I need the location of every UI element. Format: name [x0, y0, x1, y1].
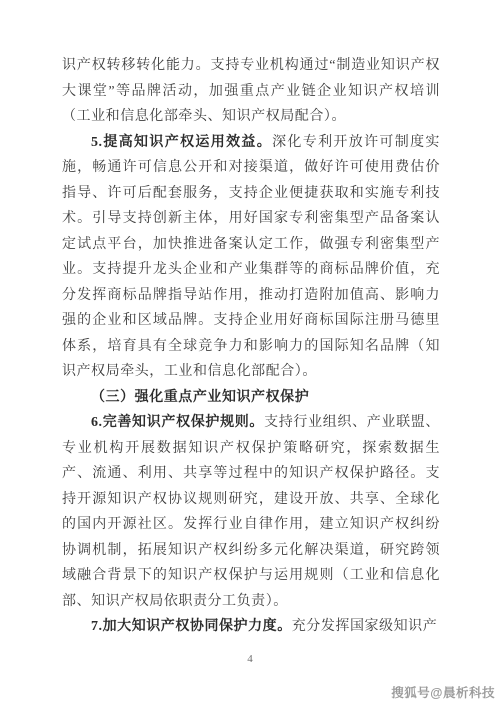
- paragraph-item-5: 5.提高知识产权运用效益。深化专利开放许可制度实施，畅通许可信息公开和对接渠道，…: [62, 130, 440, 385]
- paragraph-text: 支持行业组织、产业联盟、专业机构开展数据知识产权保护策略研究，探索数据生产、流通…: [62, 415, 440, 609]
- section-heading-text: （三）强化重点产业知识产权保护: [91, 390, 309, 405]
- page-number: 4: [0, 653, 500, 665]
- paragraph-item-7: 7.加大知识产权协同保护力度。充分发挥国家级知识产: [62, 614, 440, 640]
- paragraph-lead: 7.加大知识产权协同保护力度。: [91, 619, 292, 634]
- paragraph-text: 识产权转移转化能力。支持专业机构通过“制造业知识产权大课堂”等品牌活动，加强重点…: [62, 58, 440, 124]
- paragraph-item-6: 6.完善知识产权保护规则。支持行业组织、产业联盟、专业机构开展数据知识产权保护策…: [62, 410, 440, 614]
- document-body: 识产权转移转化能力。支持专业机构通过“制造业知识产权大课堂”等品牌活动，加强重点…: [62, 53, 440, 640]
- paragraph-lead: 5.提高知识产权运用效益。: [91, 135, 272, 150]
- paragraph-text: 深化专利开放许可制度实施，畅通许可信息公开和对接渠道，做好许可使用费估价指导、许…: [62, 135, 440, 380]
- paragraph-text: 充分发挥国家级知识产: [292, 619, 438, 634]
- paragraph-lead: 6.完善知识产权保护规则。: [91, 415, 264, 430]
- document-page: 识产权转移转化能力。支持专业机构通过“制造业知识产权大课堂”等品牌活动，加强重点…: [0, 0, 500, 707]
- paragraph-continuation: 识产权转移转化能力。支持专业机构通过“制造业知识产权大课堂”等品牌活动，加强重点…: [62, 53, 440, 130]
- section-heading-3: （三）强化重点产业知识产权保护: [62, 385, 440, 411]
- watermark-sohu: 搜狐号@晨析科技: [391, 683, 495, 701]
